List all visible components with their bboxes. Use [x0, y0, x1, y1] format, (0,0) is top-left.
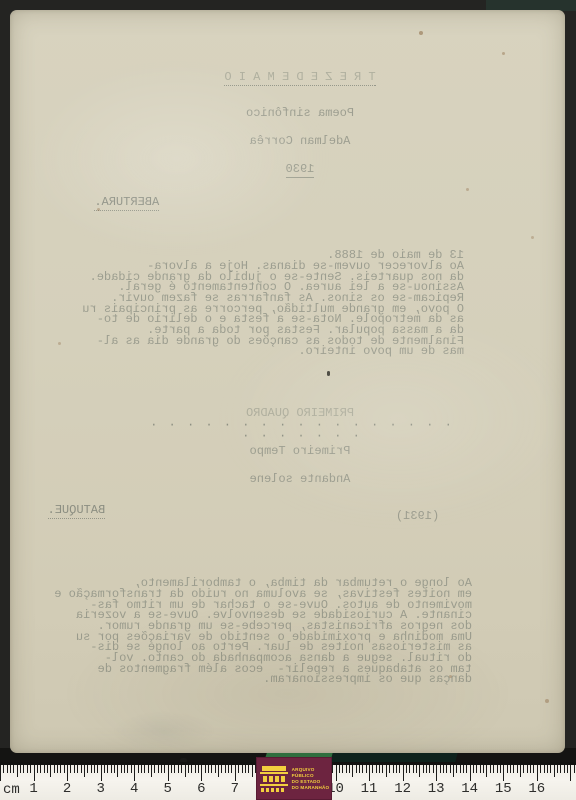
ruler-tick: [332, 765, 333, 773]
ruler-number: 12: [394, 781, 411, 797]
ruler-number: 11: [361, 781, 378, 797]
ruler-tick: [540, 765, 541, 773]
ruler-tick: [154, 765, 155, 773]
ruler-tick: [47, 765, 48, 773]
ruler-tick: [27, 765, 28, 773]
ruler-tick: [138, 765, 139, 773]
ruler-tick: [490, 765, 491, 773]
foxing-spot: [545, 699, 549, 703]
ruler-tick: [195, 765, 196, 773]
ruler-tick: [181, 765, 182, 773]
ruler-tick: [208, 765, 209, 773]
ruler-tick: [77, 765, 78, 773]
author-line: Adelman Corrêa: [140, 136, 460, 147]
ruler-tick: [366, 765, 367, 773]
ruler-tick: [117, 765, 118, 777]
ruler-tick: [510, 765, 511, 773]
foxing-spot: [58, 342, 61, 345]
ruler-number: 13: [428, 781, 445, 797]
ruler-tick: [141, 765, 142, 773]
ruler-tick: [20, 765, 21, 773]
expression-line: Andante solene: [140, 474, 460, 485]
ruler-tick: [94, 765, 95, 773]
ruler-tick: [426, 765, 427, 773]
ruler-tick: [500, 765, 501, 773]
ruler-tick: [450, 765, 451, 773]
ruler-tick: [218, 765, 219, 777]
foxing-spot: [97, 208, 100, 211]
ruler-tick: [185, 765, 186, 777]
ruler-tick: [235, 765, 236, 781]
ruler-tick: [567, 765, 568, 773]
foxing-spot: [466, 188, 469, 191]
ruler-tick: [476, 765, 477, 773]
ruler-tick: [554, 765, 555, 777]
archive-logo-text: ARQUIVOPÚBLICODO ESTADODO MARANHÃO: [292, 767, 330, 791]
ruler-tick: [349, 765, 350, 773]
ruler-tick: [550, 765, 551, 773]
section-heading-batuque: BATUQUE.: [34, 494, 134, 526]
ruler-number: 16: [528, 781, 545, 797]
section-heading-abertura: ABERTURA.: [78, 186, 188, 218]
ruler-number: 1: [29, 781, 37, 797]
ruler-tick: [513, 765, 514, 773]
ruler-tick: [440, 765, 441, 773]
ruler-tick: [44, 765, 45, 773]
ruler-tick: [416, 765, 417, 773]
foxing-spot: [531, 236, 534, 239]
ruler-tick: [221, 765, 222, 773]
ruler-tick: [23, 765, 24, 773]
ruler-tick: [486, 765, 487, 777]
ruler-tick: [13, 765, 14, 773]
ruler-tick: [473, 765, 474, 773]
ruler-tick: [67, 765, 68, 781]
ruler-number: 4: [130, 781, 138, 797]
ruler-tick: [533, 765, 534, 773]
ruler-tick: [564, 765, 565, 773]
ruler-tick: [158, 765, 159, 773]
ruler-tick: [356, 765, 357, 773]
ruler-tick: [527, 765, 528, 773]
ruler-tick: [144, 765, 145, 773]
ruler-tick: [336, 765, 337, 781]
ruler-tick: [40, 765, 41, 773]
dots-separator: · · · · · · · · · · · · · · · · · · · · …: [140, 420, 460, 441]
ruler-tick: [191, 765, 192, 773]
ruler-tick: [379, 765, 380, 773]
ruler-tick: [399, 765, 400, 773]
ruler-tick: [359, 765, 360, 773]
year-line: 1930: [140, 164, 460, 175]
ruler-tick: [443, 765, 444, 773]
ruler-tick: [466, 765, 467, 773]
ruler-tick: [460, 765, 461, 773]
ruler-number: 5: [164, 781, 172, 797]
ruler-tick: [547, 765, 548, 773]
ruler-number: 3: [96, 781, 104, 797]
ruler-tick: [74, 765, 75, 773]
ruler-tick: [124, 765, 125, 773]
ruler-tick: [403, 765, 404, 781]
ruler-tick: [111, 765, 112, 773]
ruler-tick: [480, 765, 481, 773]
ruler-tick: [376, 765, 377, 773]
ruler-tick: [34, 765, 35, 781]
ruler-tick: [523, 765, 524, 773]
ruler-tick: [409, 765, 410, 773]
ruler-tick: [483, 765, 484, 773]
ruler-tick: [560, 765, 561, 773]
ruler-tick: [161, 765, 162, 773]
ruler-tick: [493, 765, 494, 773]
ruler-tick: [10, 765, 11, 773]
foxing-spot: [502, 52, 505, 55]
ruler-tick: [0, 765, 1, 781]
ruler-tick: [3, 765, 4, 773]
document-page: T R E Z E D E M A I O Poema sinfônico Ad…: [10, 10, 565, 753]
ruler-tick: [463, 765, 464, 773]
ruler-tick: [84, 765, 85, 777]
ruler-tick: [148, 765, 149, 773]
ruler-tick: [456, 765, 457, 773]
ruler-tick: [91, 765, 92, 773]
archive-building-icon: [259, 765, 289, 793]
ruler-number: 2: [63, 781, 71, 797]
paragraph-batuque: Ao longe o retumbar da timba, o tamboril…: [30, 546, 472, 685]
ruler-tick: [574, 765, 575, 773]
ruler-number: 7: [231, 781, 239, 797]
ruler-tick: [17, 765, 18, 777]
ruler-tick: [570, 765, 571, 781]
archive-logo-text-line: DO MARANHÃO: [292, 785, 330, 791]
ruler-number: 6: [197, 781, 205, 797]
ruler-tick: [520, 765, 521, 777]
ruler-tick: [231, 765, 232, 773]
foxing-spot: [419, 31, 423, 35]
ruler-tick: [436, 765, 437, 781]
ruler-tick: [389, 765, 390, 773]
ruler-tick: [362, 765, 363, 773]
ruler-tick: [423, 765, 424, 773]
ruler-tick: [530, 765, 531, 773]
ruler-tick: [339, 765, 340, 773]
ruler-tick: [470, 765, 471, 781]
ruler-number: 14: [461, 781, 478, 797]
ruler-tick: [60, 765, 61, 773]
ruler-tick: [114, 765, 115, 773]
ruler-tick: [37, 765, 38, 773]
foxing-spot: [449, 675, 452, 678]
ruler-unit-label: cm: [3, 782, 20, 798]
ruler-tick: [215, 765, 216, 773]
ruler-tick: [557, 765, 558, 773]
ruler-tick: [497, 765, 498, 773]
ruler-tick: [7, 765, 8, 773]
ruler-tick: [429, 765, 430, 773]
subtitle-line: Poema sinfônico: [140, 108, 460, 119]
paragraph-abertura: 13 de maio de 1888.Ao alvorecer ouvem-se…: [64, 218, 464, 357]
ruler-tick: [382, 765, 383, 773]
ruler-tick: [54, 765, 55, 773]
ruler-tick: [64, 765, 65, 773]
ruler-tick: [104, 765, 105, 773]
ruler-tick: [453, 765, 454, 777]
ruler-tick: [164, 765, 165, 773]
ruler-tick: [30, 765, 31, 773]
ruler-tick: [446, 765, 447, 773]
ruler-tick: [503, 765, 504, 781]
ruler-tick: [127, 765, 128, 773]
ruler-tick: [101, 765, 102, 781]
ruler-tick: [107, 765, 108, 773]
ruler-tick: [537, 765, 538, 781]
title-line: T R E Z E D E M A I O: [120, 72, 480, 83]
paragraph-line: mas de um povo inteiro.: [64, 346, 464, 357]
ruler-tick: [201, 765, 202, 781]
archive-logo: ARQUIVOPÚBLICODO ESTADODO MARANHÃO: [256, 757, 332, 800]
tempo-line: Primeiro Tempo: [140, 446, 460, 457]
ruler-tick: [225, 765, 226, 773]
ruler-tick: [372, 765, 373, 773]
ruler-tick: [205, 765, 206, 773]
ruler-tick: [174, 765, 175, 773]
ruler-tick: [248, 765, 249, 773]
ruler-tick: [507, 765, 508, 773]
movement-year: (1931): [408, 500, 468, 532]
ruler-tick: [242, 765, 243, 773]
ruler-tick: [171, 765, 172, 773]
ruler-number: 15: [495, 781, 512, 797]
ruler-tick: [252, 765, 253, 777]
title-text: T R E Z E D E M A I O: [224, 70, 375, 86]
ruler-tick: [396, 765, 397, 773]
ruler-tick: [97, 765, 98, 773]
ruler-tick: [211, 765, 212, 773]
ruler-tick: [131, 765, 132, 773]
ruler-tick: [369, 765, 370, 781]
paragraph-line: danças que os impressionaram.: [30, 674, 472, 685]
ruler-tick: [87, 765, 88, 773]
ruler-tick: [81, 765, 82, 773]
ruler-tick: [168, 765, 169, 781]
ghost-stamp: [105, 709, 223, 752]
ruler-tick: [517, 765, 518, 773]
ruler-tick: [70, 765, 71, 773]
ruler-tick: [406, 765, 407, 773]
ruler-tick: [50, 765, 51, 777]
ruler-tick: [352, 765, 353, 777]
ruler-tick: [151, 765, 152, 777]
ruler-tick: [413, 765, 414, 773]
ink-fleck: [327, 371, 330, 376]
ruler-tick: [121, 765, 122, 773]
ruler-tick: [188, 765, 189, 773]
ruler-tick: [198, 765, 199, 773]
ruler-tick: [178, 765, 179, 773]
ruler-tick: [228, 765, 229, 773]
ruler-tick: [342, 765, 343, 773]
ruler-tick: [245, 765, 246, 773]
ruler-tick: [57, 765, 58, 773]
ruler-tick: [544, 765, 545, 773]
ruler-tick: [238, 765, 239, 773]
ruler-tick: [433, 765, 434, 773]
ruler-tick: [386, 765, 387, 777]
ruler-tick: [393, 765, 394, 773]
ruler-tick: [419, 765, 420, 777]
ruler-tick: [134, 765, 135, 781]
ruler-tick: [346, 765, 347, 773]
